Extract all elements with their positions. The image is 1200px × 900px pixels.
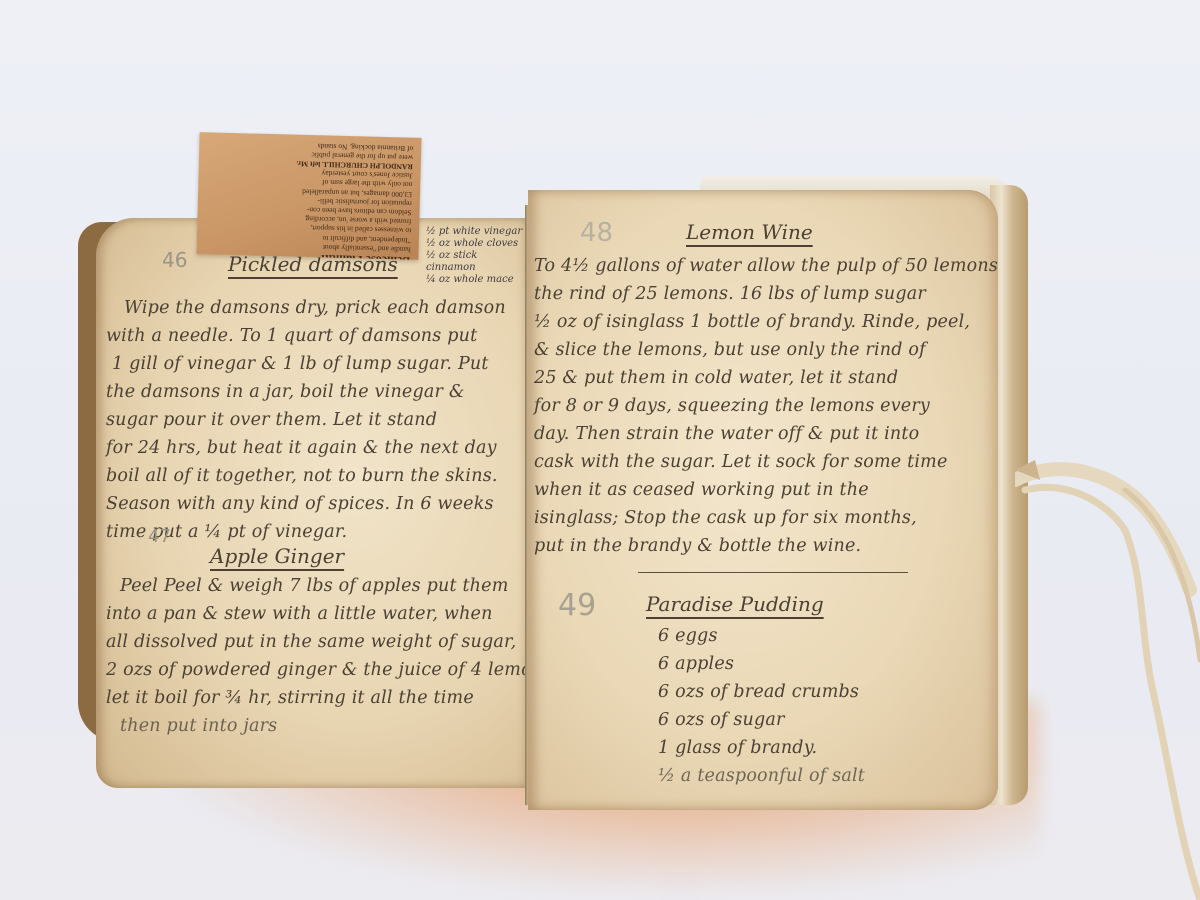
recipe-body-pickled-damsons: Wipe the damsons dry, prick each damson …	[106, 294, 506, 546]
frayed-ribbon-bookmark	[1015, 440, 1200, 900]
margin-note-spices: ½ pt white vinegar ½ oz whole cloves ½ o…	[426, 226, 528, 286]
right-page: 48 Lemon Wine To 4½ gallons of water all…	[528, 190, 998, 810]
recipe-title-paradise-pudding: Paradise Pudding	[646, 592, 824, 616]
recipe-body-apple-ginger: Peel Peel & weigh 7 lbs of apples put th…	[106, 572, 558, 740]
page-number-49: 49	[558, 588, 596, 623]
page-number-46: 46	[162, 248, 187, 272]
page-number-47: 47	[148, 526, 171, 547]
newspaper-clipping: Bellicose Plaintiff handle and "essentia…	[196, 132, 421, 260]
recipe-body-lemon-wine: To 4½ gallons of water allow the pulp of…	[534, 252, 998, 560]
photo-scene: 46 Pickled damsons ½ pt white vinegar ½ …	[0, 0, 1200, 900]
recipe-ingredients-paradise-pudding: 6 eggs 6 apples 6 ozs of bread crumbs 6 …	[658, 622, 865, 790]
left-page: 46 Pickled damsons ½ pt white vinegar ½ …	[96, 218, 528, 788]
recipe-title-lemon-wine: Lemon Wine	[686, 220, 813, 244]
page-number-48: 48	[580, 218, 613, 248]
divider-line	[638, 572, 908, 573]
recipe-title-apple-ginger: Apple Ginger	[210, 544, 344, 568]
